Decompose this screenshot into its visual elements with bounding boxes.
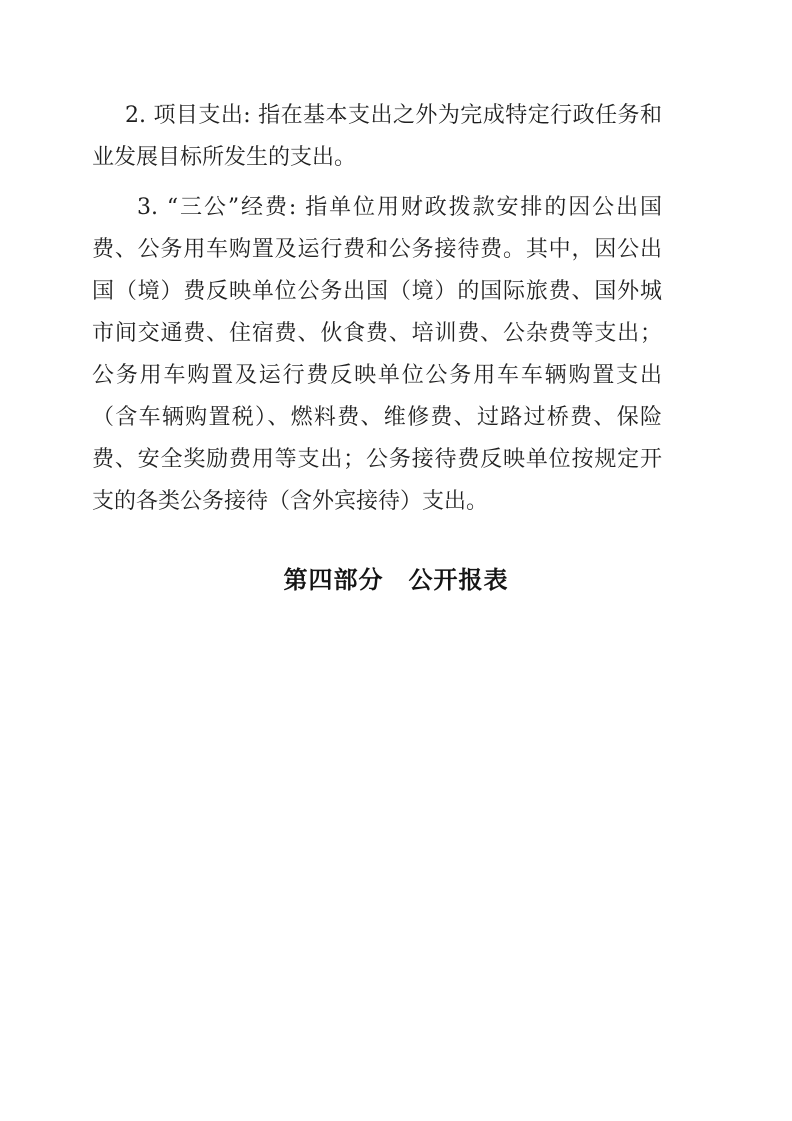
paragraph-line: 3. “三公”经费: 指单位用财政拨款安排的因公出国（境）: [92, 187, 662, 229]
paragraph-line: 国（境）费反映单位公务出国（境）的国际旅费、国外城: [92, 271, 662, 313]
paragraph-line: 公务用车购置及运行费反映单位公务用车车辆购置支出: [92, 355, 662, 397]
paragraph-line: 市间交通费、住宿费、伙食费、培训费、公杂费等支出；: [92, 313, 662, 355]
paragraph-three-public-funds: 3. “三公”经费: 指单位用财政拨款安排的因公出国（境） 费、公务用车购置及运…: [92, 187, 662, 523]
paragraph-project-expenditure: 2. 项目支出: 指在基本支出之外为完成特定行政任务和事 业发展目标所发生的支出…: [92, 95, 662, 179]
paragraph-line: 2. 项目支出: 指在基本支出之外为完成特定行政任务和事: [92, 95, 662, 137]
paragraph-line: 支的各类公务接待（含外宾接待）支出。: [92, 481, 662, 523]
section-heading: 第四部分 公开报表: [0, 559, 792, 601]
paragraph-line: 费、安全奖励费用等支出；公务接待费反映单位按规定开: [92, 439, 662, 481]
document-content: 2. 项目支出: 指在基本支出之外为完成特定行政任务和事 业发展目标所发生的支出…: [92, 95, 662, 601]
paragraph-line: 费、公务用车购置及运行费和公务接待费。其中，因公出: [92, 229, 662, 271]
document-page: 2. 项目支出: 指在基本支出之外为完成特定行政任务和事 业发展目标所发生的支出…: [0, 0, 792, 1121]
paragraph-line: （含车辆购置税）、燃料费、维修费、过路过桥费、保险: [92, 397, 662, 439]
paragraph-line: 业发展目标所发生的支出。: [92, 137, 662, 179]
